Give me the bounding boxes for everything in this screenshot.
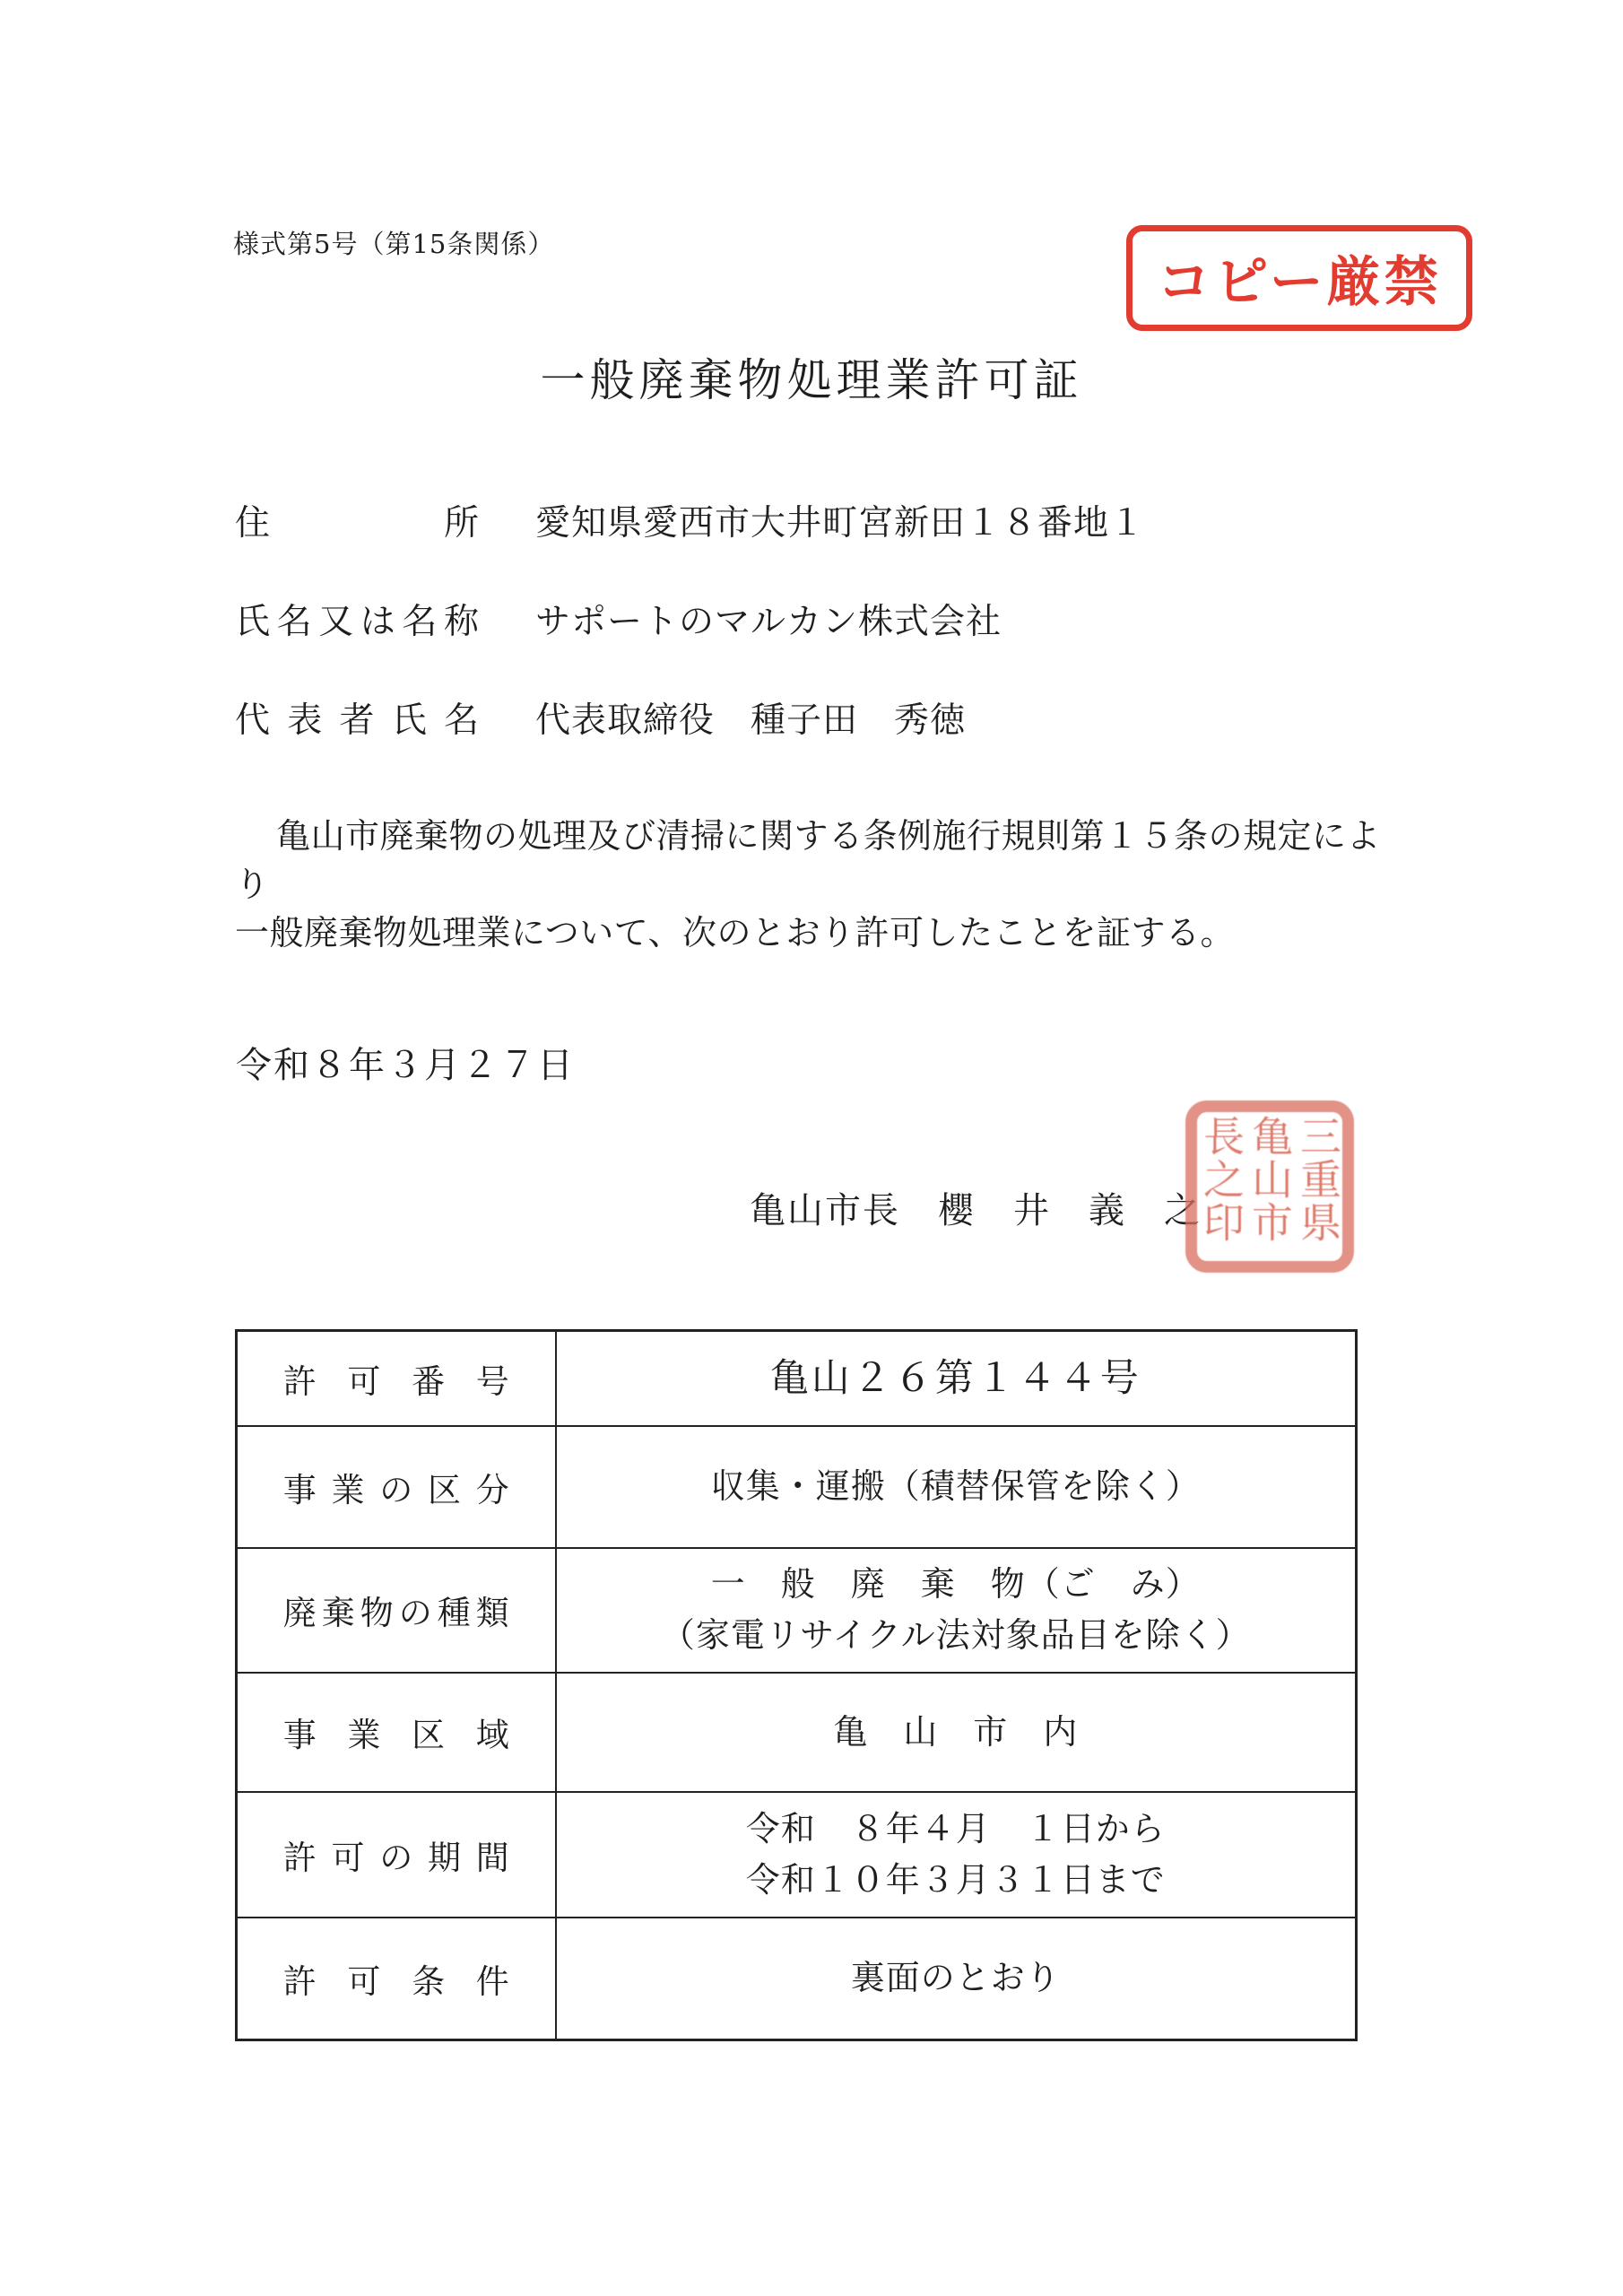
permit-details-table: 許可番号 亀山２６第１４４号 事業の区分 収集・運搬（積替保管を除く） 廃棄物の…	[235, 1329, 1358, 2041]
form-number: 様式第5号（第15条関係）	[233, 224, 554, 261]
permit-number-label: 許可番号	[283, 1354, 509, 1403]
permit-conditions-label: 許可条件	[283, 1954, 509, 2003]
table-row-business-category: 事業の区分 収集・運搬（積替保管を除く）	[237, 1426, 1357, 1548]
table-row-permit-number: 許可番号 亀山２６第１４４号	[237, 1331, 1357, 1426]
table-row-permit-conditions: 許可条件 裏面のとおり	[237, 1918, 1357, 2040]
business-category-label: 事業の区分	[283, 1463, 509, 1511]
permit-conditions-value: 裏面のとおり	[557, 1952, 1356, 2004]
no-copy-stamp-label: コピー厳禁	[1157, 239, 1442, 317]
business-area-label: 事業区域	[283, 1708, 509, 1756]
name-field: 氏名又は名称 サポートのマルカン株式会社	[235, 594, 1436, 644]
mayor-seal-text: 三重県亀山市長之印	[1197, 1115, 1342, 1258]
issue-date: 令和８年３月２７日	[236, 1037, 575, 1088]
page-title: 一般廃棄物処理業許可証	[0, 344, 1623, 409]
business-area-value: 亀 山 市 内	[557, 1707, 1356, 1758]
address-label: 住所	[235, 495, 479, 545]
name-label: 氏名又は名称	[235, 594, 479, 644]
permit-period-value-line1: 令和 ８年４月 １日から	[557, 1804, 1356, 1855]
waste-type-value-line2: （家電リサイクル法対象品目を除く）	[557, 1610, 1356, 1661]
permit-document-page: 様式第5号（第15条関係） コピー厳禁 一般廃棄物処理業許可証 住所 愛知県愛西…	[0, 0, 1623, 2296]
address-field: 住所 愛知県愛西市大井町宮新田１８番地１	[235, 495, 1436, 545]
no-copy-stamp: コピー厳禁	[1126, 225, 1472, 331]
issuer-name: 亀山市長 櫻 井 義 之	[750, 1182, 1202, 1233]
mayor-seal-stamp: 三重県亀山市長之印	[1185, 1100, 1354, 1273]
certification-statement-line2: 一般廃棄物処理業について、次のとおり許可したことを証する。	[235, 909, 1383, 957]
waste-type-value-line1: 一 般 廃 棄 物（ご み）	[557, 1559, 1356, 1610]
permit-period-label: 許可の期間	[283, 1831, 509, 1879]
certification-statement-line1: 亀山市廃棄物の処理及び清掃に関する条例施行規則第１５条の規定により	[235, 812, 1383, 909]
table-row-business-area: 事業区域 亀 山 市 内	[237, 1673, 1357, 1792]
name-value: サポートのマルカン株式会社	[535, 594, 1002, 644]
waste-type-label: 廃棄物の種類	[283, 1586, 509, 1634]
permit-number-value: 亀山２６第１４４号	[557, 1350, 1356, 1408]
table-row-waste-type: 廃棄物の種類 一 般 廃 棄 物（ご み） （家電リサイクル法対象品目を除く）	[237, 1548, 1357, 1673]
address-value: 愛知県愛西市大井町宮新田１８番地１	[535, 495, 1145, 545]
permit-period-value-line2: 令和１０年３月３１日まで	[557, 1855, 1356, 1906]
table-row-permit-period: 許可の期間 令和 ８年４月 １日から 令和１０年３月３１日まで	[237, 1792, 1357, 1918]
business-category-value: 収集・運搬（積替保管を除く）	[557, 1461, 1356, 1512]
certification-statement: 亀山市廃棄物の処理及び清掃に関する条例施行規則第１５条の規定により 一般廃棄物処…	[235, 812, 1383, 957]
representative-label: 代表者氏名	[235, 692, 479, 743]
representative-field: 代表者氏名 代表取締役 種子田 秀徳	[235, 692, 1436, 743]
representative-value: 代表取締役 種子田 秀徳	[535, 692, 966, 743]
